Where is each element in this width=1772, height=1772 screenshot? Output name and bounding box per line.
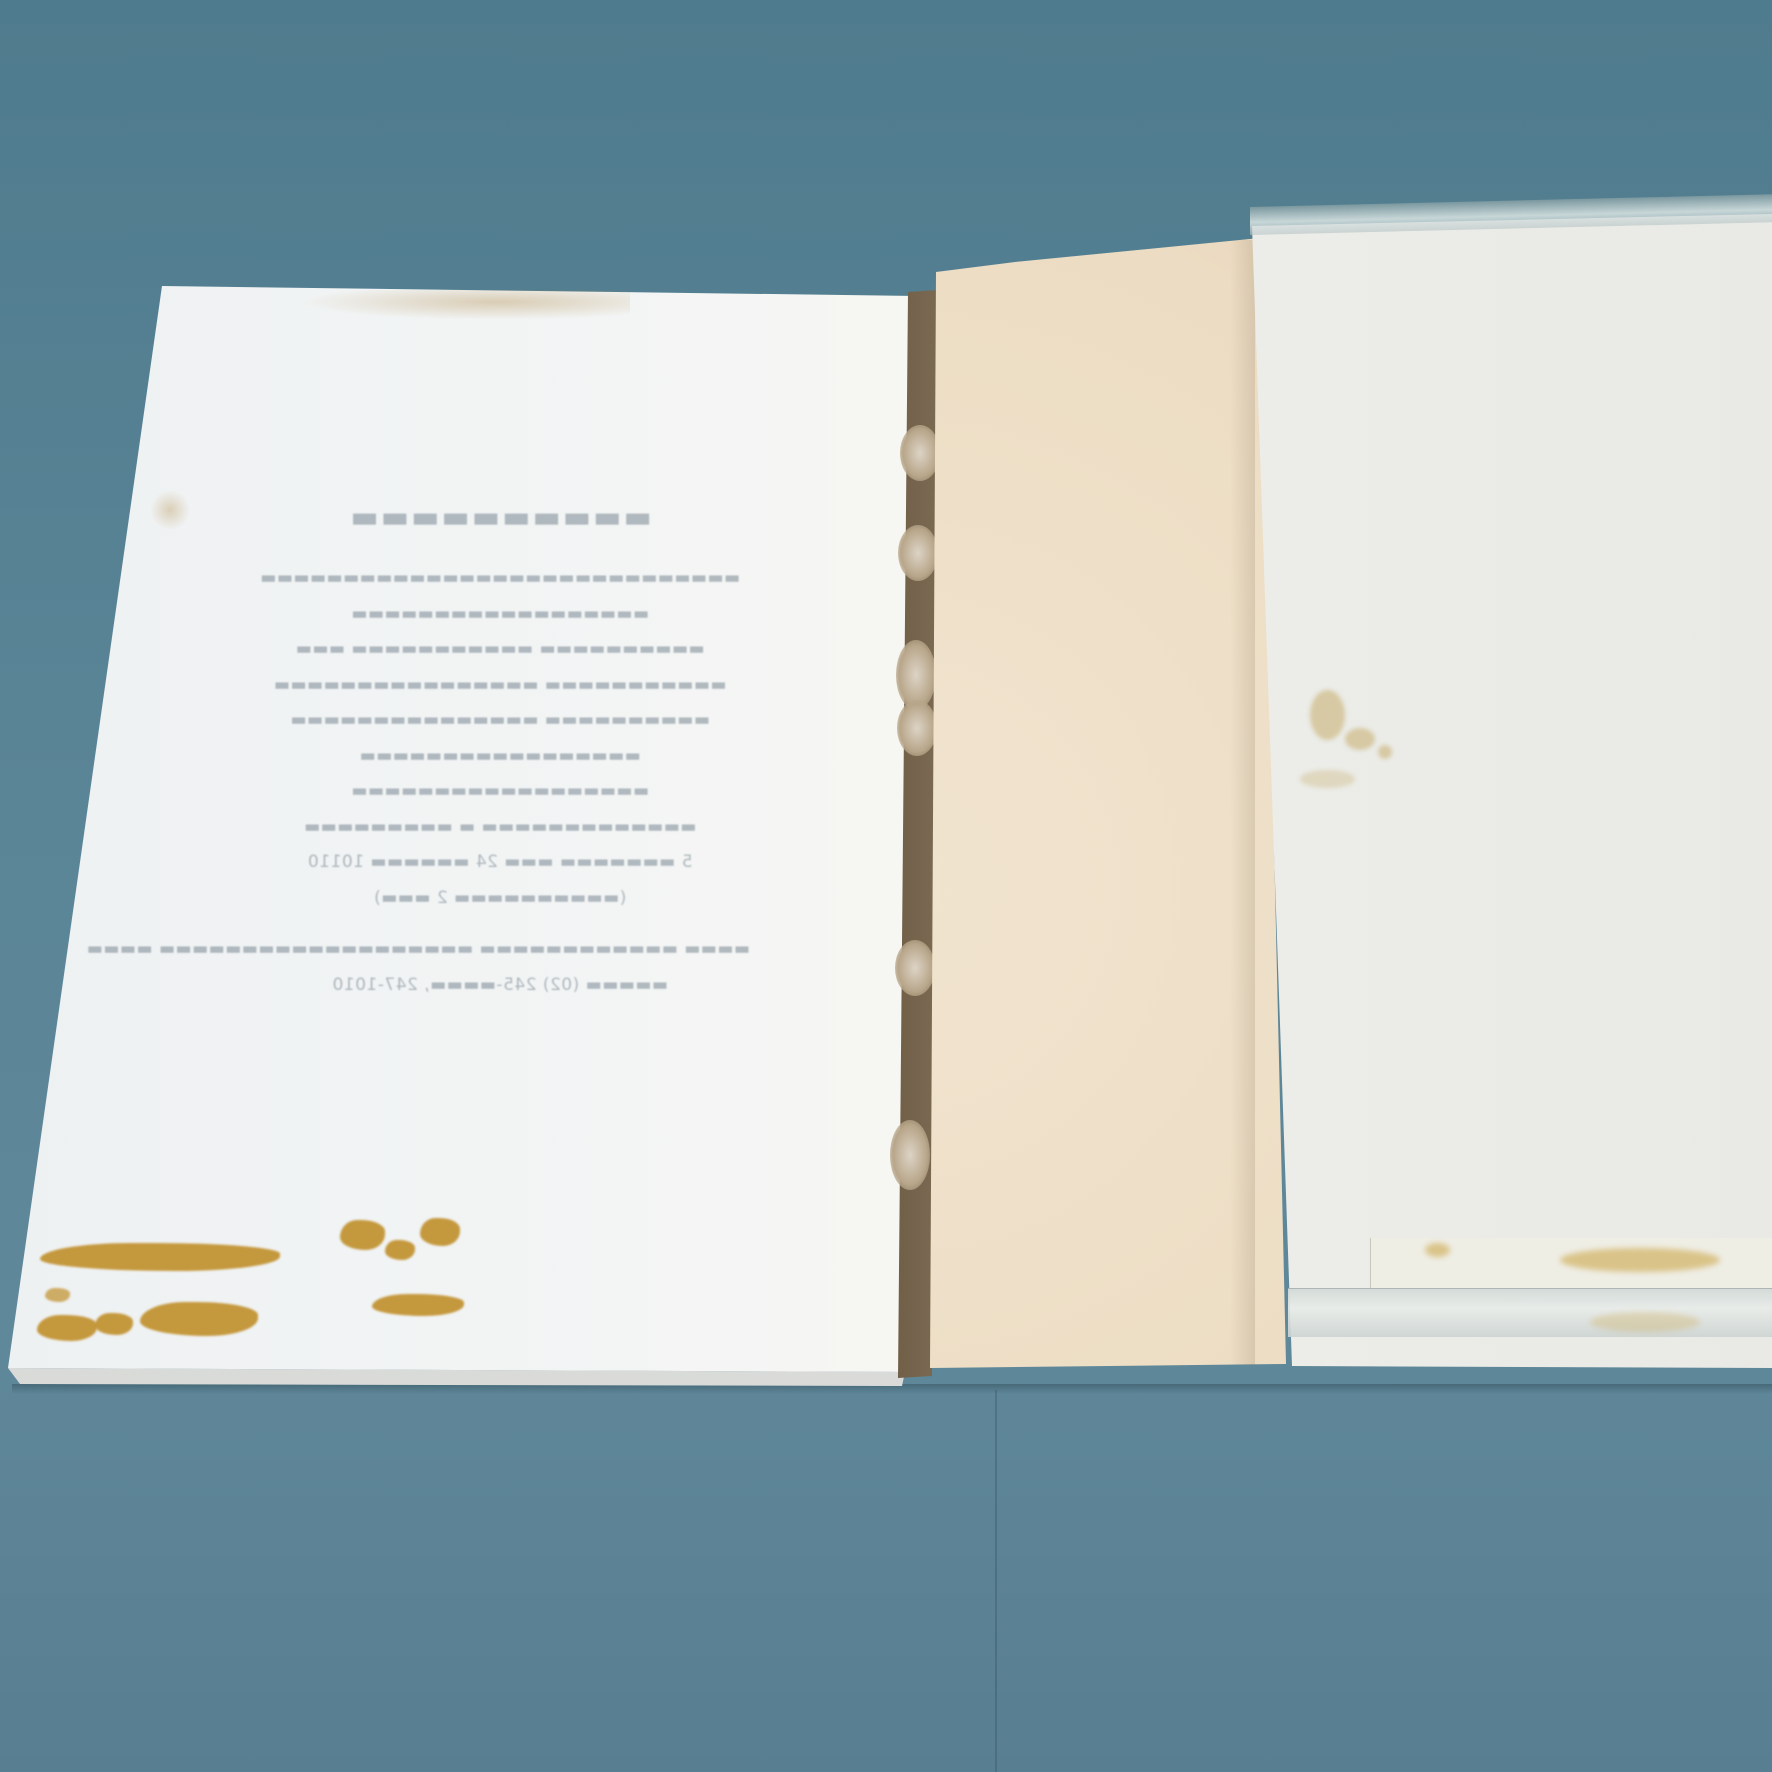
stain [340,1220,385,1250]
foxing-spot [300,290,630,320]
showthrough-line: (▬▬▬▬▬▬▬▬▬▬ 2 ▬▬▬) [250,881,750,917]
stain [372,1294,464,1316]
showthrough-line: ▬▬▬▬▬▬▬▬▬▬▬▬▬▬▬▬▬▬ [250,597,750,633]
stain [1560,1248,1720,1272]
glue-blob [890,1120,930,1190]
showthrough-line: ▬▬▬▬▬▬▬▬▬▬▬▬▬ ▬ ▬▬▬▬▬▬▬▬▬ [250,810,750,846]
stain [1378,745,1392,759]
glue-blob [900,425,940,481]
stain [37,1315,97,1341]
showthrough-text-block: ▬▬▬▬▬▬▬▬▬▬ ▬▬▬▬▬▬▬▬▬▬▬▬▬▬▬▬▬▬▬▬▬▬▬▬▬▬▬▬▬… [250,500,750,1003]
stain [420,1218,460,1246]
page-shadow [1230,240,1255,1365]
stain [45,1288,70,1302]
stain [1300,770,1355,788]
showthrough-line: ▬▬▬▬▬▬▬▬▬▬ ▬▬▬▬▬▬▬▬▬▬▬▬▬▬▬ [250,703,750,739]
glue-blob [897,700,937,756]
stain [1310,690,1345,740]
stain [40,1243,280,1271]
stain [1590,1312,1700,1332]
clear-tape-bottom [1288,1288,1772,1337]
stain [385,1240,415,1260]
stain [1425,1243,1450,1257]
showthrough-line: 5 ▬▬▬▬▬▬▬ ▬▬▬ 24 ▬▬▬▬▬▬ 10110 [250,845,750,881]
showthrough-footer-line: ▬▬▬▬▬ (02) 245-▬▬▬▬, 247-1010 [250,968,750,1004]
stain [140,1302,258,1336]
showthrough-line: ▬▬▬▬▬▬▬▬▬▬▬▬▬▬▬▬▬▬ [250,774,750,810]
showthrough-title: ▬▬▬▬▬▬▬▬▬▬ [250,500,750,535]
photo-scene: ▬▬▬▬▬▬▬▬▬▬ ▬▬▬▬▬▬▬▬▬▬▬▬▬▬▬▬▬▬▬▬▬▬▬▬▬▬▬▬▬… [0,0,1772,1772]
glue-blob [895,940,935,996]
table-seam [995,1390,997,1772]
showthrough-footer-line: ▬▬▬▬ ▬▬▬▬▬▬▬▬▬▬▬▬ ▬▬▬▬▬▬▬▬▬▬▬▬▬▬▬▬▬▬▬ ▬▬… [250,932,750,968]
stain [95,1313,133,1335]
foxing-spot [150,490,190,530]
showthrough-line: ▬▬▬▬▬▬▬▬▬▬▬ ▬▬▬▬▬▬▬▬▬▬▬▬▬▬▬▬ [250,668,750,704]
showthrough-line: ▬▬▬▬▬▬▬▬▬▬▬▬▬▬▬▬▬ [250,739,750,775]
stain [1345,728,1375,750]
showthrough-line: ▬▬▬▬▬▬▬▬▬▬ ▬▬▬▬▬▬▬▬▬▬▬ ▬▬▬ [250,632,750,668]
showthrough-line: ▬▬▬▬▬▬▬▬▬▬▬▬▬▬▬▬▬▬▬▬▬▬▬▬▬▬▬▬▬ [250,561,750,597]
glue-blob [898,525,938,581]
